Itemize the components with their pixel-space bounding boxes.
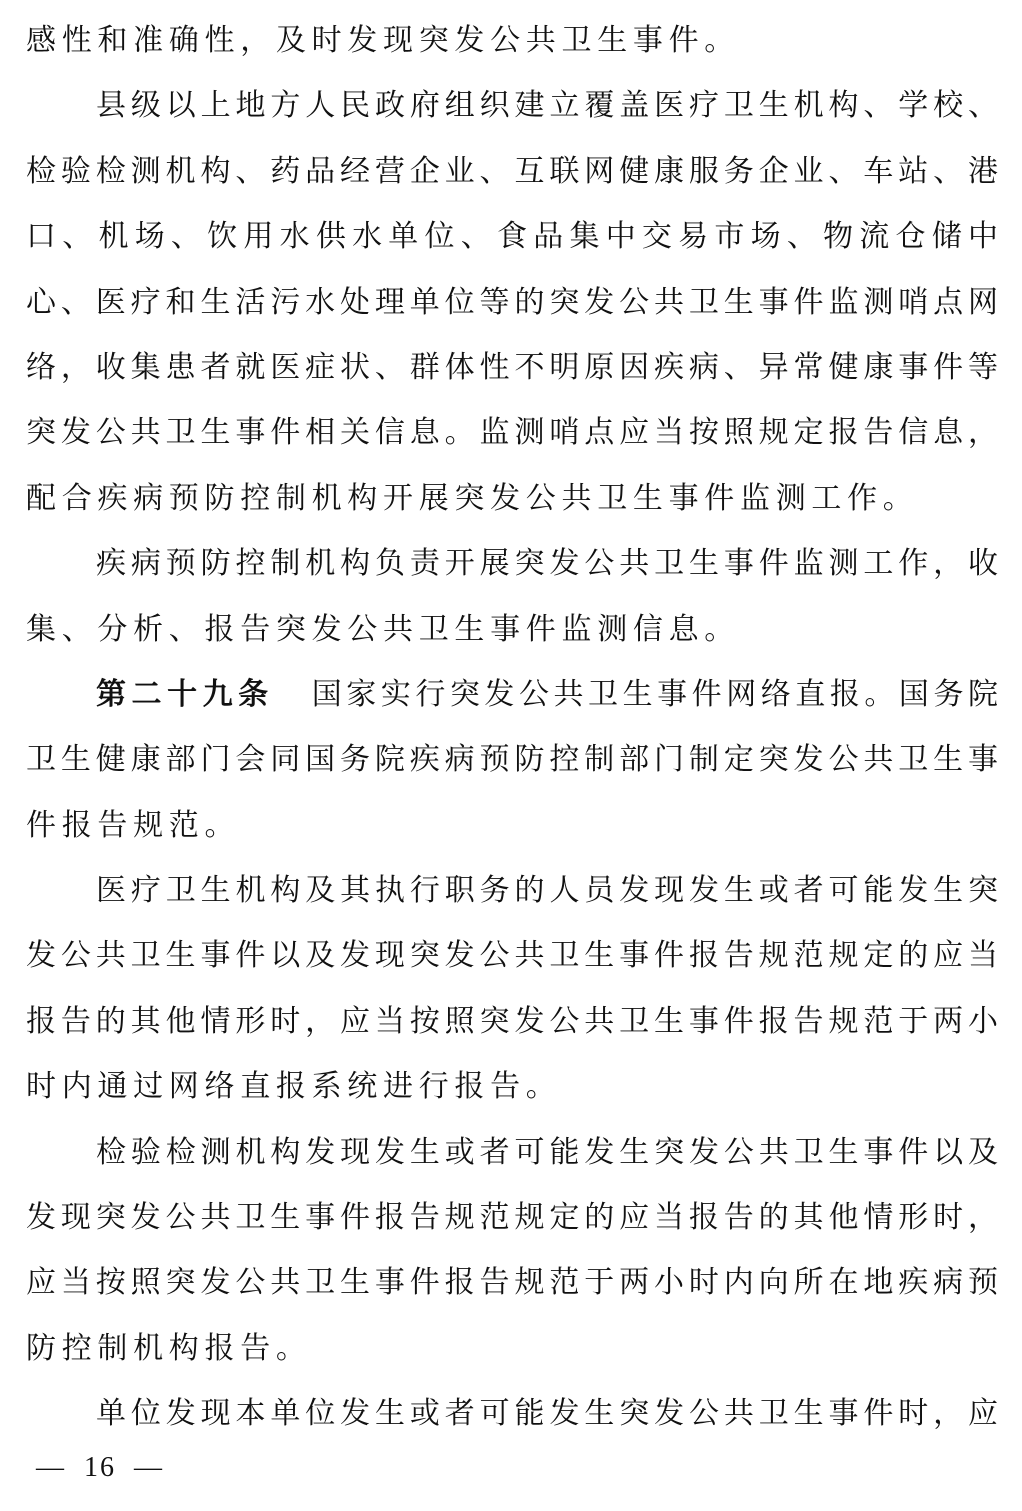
text-line: 检验检测机构、药品经营企业、互联网健康服务企业、车站、港 (26, 139, 998, 204)
text-line: 检验检测机构发现发生或者可能发生突发公共卫生事件以及 (26, 1120, 998, 1185)
text-line: 应当按照突发公共卫生事件报告规范于两小时内向所在地疾病预 (26, 1250, 998, 1315)
text-line: 医疗卫生机构及其执行职务的人员发现发生或者可能发生突 (26, 858, 998, 923)
text-line: 防控制机构报告。 (26, 1316, 998, 1381)
text-line: 发公共卫生事件以及发现突发公共卫生事件报告规范规定的应当 (26, 923, 998, 988)
text-line: 突发公共卫生事件相关信息。监测哨点应当按照规定报告信息， (26, 400, 998, 465)
text-line: 单位发现本单位发生或者可能发生突发公共卫生事件时，应 (26, 1381, 998, 1446)
text-line: 感性和准确性，及时发现突发公共卫生事件。 (26, 8, 998, 73)
document-page: 感性和准确性，及时发现突发公共卫生事件。 县级以上地方人民政府组织建立覆盖医疗卫… (26, 8, 998, 1447)
text-line: 发现突发公共卫生事件报告规范规定的应当报告的其他情形时， (26, 1185, 998, 1250)
text-line: 口、机场、饮用水供水单位、食品集中交易市场、物流仓储中 (26, 204, 998, 269)
text-line: 配合疾病预防控制机构开展突发公共卫生事件监测工作。 (26, 466, 998, 531)
article-heading-line: 第二十九条国家实行突发公共卫生事件网络直报。国务院 (26, 662, 998, 727)
article-first-line: 国家实行突发公共卫生事件网络直报。国务院 (312, 677, 998, 712)
text-line: 集、分析、报告突发公共卫生事件监测信息。 (26, 597, 998, 662)
text-line: 报告的其他情形时，应当按照突发公共卫生事件报告规范于两小 (26, 989, 998, 1054)
text-line: 心、医疗和生活污水处理单位等的突发公共卫生事件监测哨点网 (26, 270, 998, 335)
text-line: 件报告规范。 (26, 793, 998, 858)
article-number: 第二十九条 (96, 677, 274, 712)
text-line: 县级以上地方人民政府组织建立覆盖医疗卫生机构、学校、 (26, 73, 998, 138)
page-number: — 16 — (36, 1452, 164, 1484)
text-line: 络，收集患者就医症状、群体性不明原因疾病、异常健康事件等 (26, 335, 998, 400)
text-line: 时内通过网络直报系统进行报告。 (26, 1054, 998, 1119)
text-line: 卫生健康部门会同国务院疾病预防控制部门制定突发公共卫生事 (26, 727, 998, 792)
text-line: 疾病预防控制机构负责开展突发公共卫生事件监测工作，收 (26, 531, 998, 596)
